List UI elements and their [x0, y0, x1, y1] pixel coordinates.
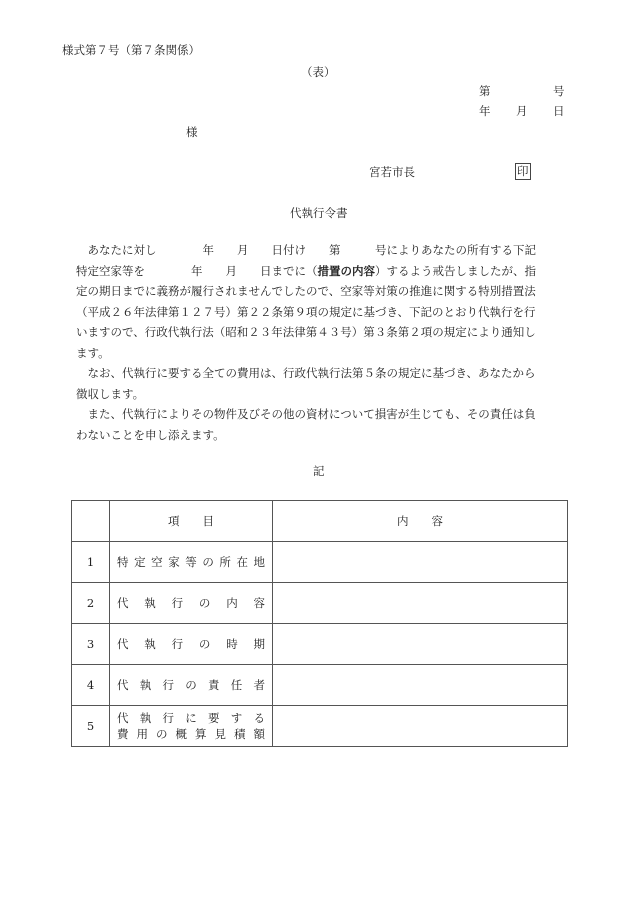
item-char: る [254, 710, 266, 726]
paragraph-line: わないことを申し添えます。 [76, 425, 568, 446]
paragraph-line: ます。 [76, 343, 568, 364]
item-char: の [185, 677, 197, 693]
addressee-suffix: 様 [186, 124, 198, 140]
item-char: 時 [226, 636, 238, 652]
item-char: 代 [117, 636, 129, 652]
header-content: 内 容 [273, 501, 568, 542]
row-content[interactable] [273, 706, 568, 747]
table-header-row: 項 目 内 容 [72, 501, 568, 542]
row-content[interactable] [273, 624, 568, 665]
date-month: 月 [516, 103, 528, 119]
item-char: 代 [117, 677, 129, 693]
item-char: 要 [208, 710, 220, 726]
item-char: 執 [140, 710, 152, 726]
item-char: 執 [144, 636, 156, 652]
paragraph-main: あなたに対し 年 月 日付け 第 号によりあなたの所有する下記 特定空家等を 年… [76, 240, 568, 363]
item-char: 用 [137, 726, 149, 742]
paragraph-line: （平成２６年法律第１２７号）第２２条第９項の規定に基づき、下記のとおり代執行を行 [76, 302, 568, 323]
row-num: 3 [72, 624, 110, 665]
issuer-title: 宮若市長 [369, 164, 415, 180]
side-label: （表） [301, 64, 336, 80]
row-item: 代執行に要する費用の概算見積額 [110, 706, 273, 747]
item-char: 容 [253, 595, 265, 611]
item-char: 費 [117, 726, 129, 742]
item-char: 見 [215, 726, 227, 742]
item-char: 在 [236, 554, 248, 570]
item-char: 行 [163, 710, 175, 726]
paragraph-line: 定の期日までに義務が履行されませんでしたので、空家等対策の推進に関する特別措置法 [76, 281, 568, 302]
row-num: 5 [72, 706, 110, 747]
row-content[interactable] [273, 583, 568, 624]
item-char: 地 [254, 554, 266, 570]
paragraph-line: また、代執行によりその物件及びその他の資材について損害が生じても、その責任は負 [76, 404, 568, 425]
paragraph-line: いますので、行政代執行法（昭和２３年法律第４３号）第３条第２項の規定により通知し [76, 322, 568, 343]
ki-heading: 記 [313, 463, 325, 479]
document-title: 代執行令書 [290, 205, 348, 221]
measure-content-placeholder: 措置の内容 [318, 264, 376, 278]
row-item-line: 代執行の責任者 [117, 677, 265, 693]
row-item: 代執行の責任者 [110, 665, 273, 706]
paragraph-line: 特定空家等を 年 月 日までに（措置の内容）するよう戒告しましたが、指 [76, 261, 568, 282]
row-item-line: 代執行に要する [117, 710, 265, 726]
item-char: 代 [117, 710, 129, 726]
paragraph-line: あなたに対し 年 月 日付け 第 号によりあなたの所有する下記 [76, 240, 568, 261]
item-char: 執 [144, 595, 156, 611]
item-char: 行 [163, 677, 175, 693]
item-char: 算 [195, 726, 207, 742]
item-char: 定 [134, 554, 146, 570]
date-day: 日 [553, 103, 565, 119]
item-char: 等 [185, 554, 197, 570]
items-table: 項 目 内 容 1 特定空家等の所在地 2 代執行の内容 3 代執行の時期 4 … [71, 500, 568, 747]
table-row: 4 代執行の責任者 [72, 665, 568, 706]
seal-icon: 印 [515, 163, 531, 180]
header-item: 項 目 [110, 501, 273, 542]
item-char: 空 [151, 554, 163, 570]
item-char: 特 [117, 554, 129, 570]
item-char: 行 [172, 636, 184, 652]
form-label: 様式第７号（第７条関係） [62, 42, 200, 58]
table-row: 2 代執行の内容 [72, 583, 568, 624]
item-char: 所 [219, 554, 231, 570]
row-content[interactable] [273, 542, 568, 583]
item-char: の [199, 636, 211, 652]
paragraph-liability: また、代執行によりその物件及びその他の資材について損害が生じても、その責任は負 … [76, 404, 568, 445]
row-item-line: 特定空家等の所在地 [117, 554, 265, 570]
table-row: 3 代執行の時期 [72, 624, 568, 665]
item-char: 家 [168, 554, 180, 570]
item-char: の [199, 595, 211, 611]
item-char: す [231, 710, 243, 726]
table-row: 1 特定空家等の所在地 [72, 542, 568, 583]
item-char: 概 [176, 726, 188, 742]
row-item: 代執行の内容 [110, 583, 273, 624]
row-num: 1 [72, 542, 110, 583]
paragraph-line: なお、代執行に要する全ての費用は、行政代執行法第５条の規定に基づき、あなたから [76, 363, 568, 384]
paragraph-costs: なお、代執行に要する全ての費用は、行政代執行法第５条の規定に基づき、あなたから … [76, 363, 568, 404]
item-char: 執 [140, 677, 152, 693]
seal-mark: 印 [515, 163, 531, 180]
date-year: 年 [479, 103, 491, 119]
item-char: 代 [117, 595, 129, 611]
item-char: 積 [234, 726, 246, 742]
row-item-line: 代執行の時期 [117, 636, 265, 652]
item-char: に [185, 710, 197, 726]
row-item: 代執行の時期 [110, 624, 273, 665]
item-char: 任 [231, 677, 243, 693]
item-char: 額 [254, 726, 266, 742]
row-item: 特定空家等の所在地 [110, 542, 273, 583]
item-char: の [156, 726, 168, 742]
table-row: 5 代執行に要する費用の概算見積額 [72, 706, 568, 747]
row-content[interactable] [273, 665, 568, 706]
doc-number-prefix: 第 [479, 83, 491, 99]
item-char: 内 [226, 595, 238, 611]
item-char: 期 [253, 636, 265, 652]
doc-number-suffix: 号 [553, 83, 565, 99]
row-num: 4 [72, 665, 110, 706]
item-char: 者 [254, 677, 266, 693]
row-num: 2 [72, 583, 110, 624]
paragraph-line: 徴収します。 [76, 384, 568, 405]
row-item-line: 費用の概算見積額 [117, 726, 265, 742]
row-item-line: 代執行の内容 [117, 595, 265, 611]
item-char: の [202, 554, 214, 570]
item-char: 行 [172, 595, 184, 611]
item-char: 責 [208, 677, 220, 693]
header-num [72, 501, 110, 542]
